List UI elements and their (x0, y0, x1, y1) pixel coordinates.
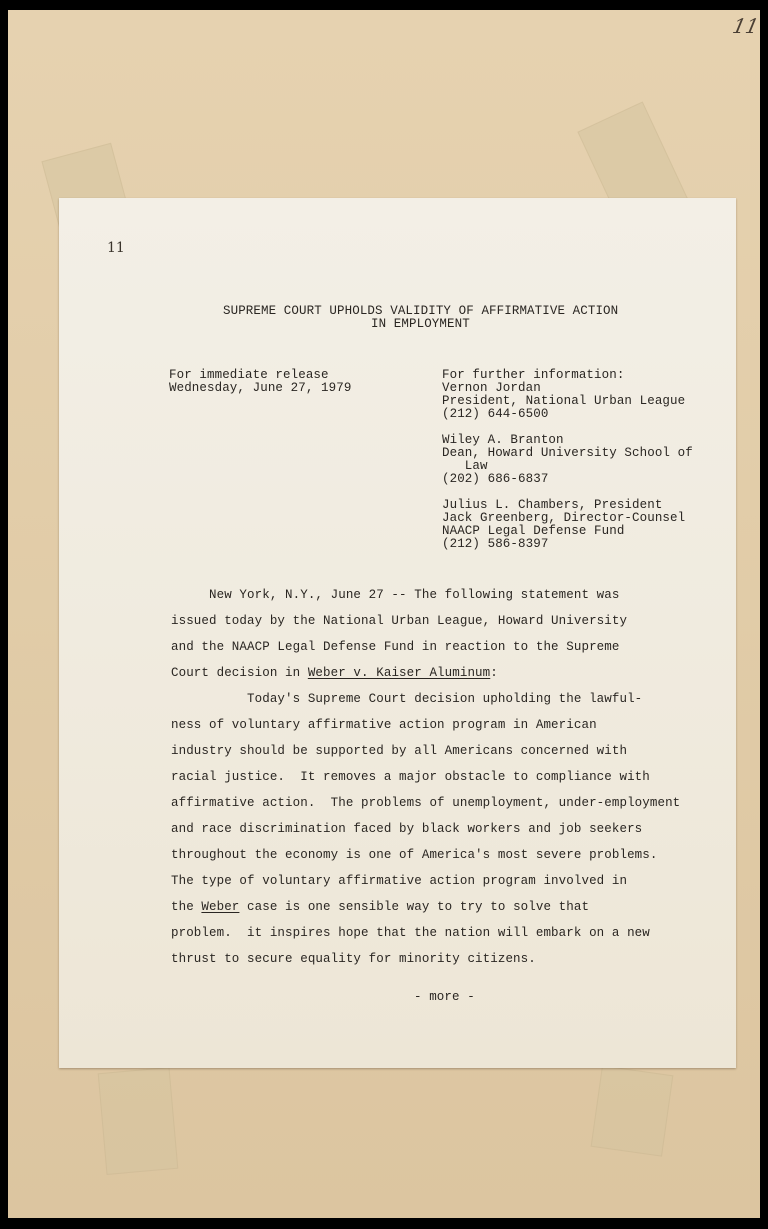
body-text-line: the Weber case is one sensible way to tr… (171, 894, 589, 920)
contact-phone: (202) 686-6837 (442, 473, 548, 486)
body-text-line: New York, N.Y., June 27 -- The following… (171, 582, 619, 608)
body-text-line: issued today by the National Urban Leagu… (171, 608, 627, 634)
body-text-fragment: : (490, 666, 498, 680)
body-text-line: Today's Supreme Court decision upholding… (171, 686, 642, 712)
body-text-line: The type of voluntary affirmative action… (171, 868, 627, 894)
tape-strip (98, 1067, 179, 1175)
body-text-line: throughout the economy is one of America… (171, 842, 657, 868)
case-name-underlined: Weber (201, 900, 239, 914)
contact-phone: (212) 644-6500 (442, 408, 548, 421)
body-text-fragment: Court decision in (171, 666, 308, 680)
release-date: Wednesday, June 27, 1979 (169, 382, 351, 395)
body-text-fragment: case is one sensible way to try to solve… (239, 900, 589, 914)
tape-strip (591, 1065, 674, 1156)
body-text-line: racial justice. It removes a major obsta… (171, 764, 650, 790)
page-corner-mark: 11 (107, 240, 125, 256)
body-text-fragment: the (171, 900, 201, 914)
continuation-marker: - more - (414, 991, 475, 1004)
folio-number: 11 (730, 14, 761, 38)
body-text-line: and the NAACP Legal Defense Fund in reac… (171, 634, 619, 660)
body-text-line: industry should be supported by all Amer… (171, 738, 627, 764)
document-title-line2: IN EMPLOYMENT (371, 318, 470, 331)
case-name-underlined: Weber v. Kaiser Aluminum (308, 666, 490, 680)
body-text-line: affirmative action. The problems of unem… (171, 790, 680, 816)
body-text-line: ness of voluntary affirmative action pro… (171, 712, 597, 738)
contact-phone: (212) 586-8397 (442, 538, 548, 551)
body-text-line: and race discrimination faced by black w… (171, 816, 642, 842)
body-text-line: problem. it inspires hope that the natio… (171, 920, 650, 946)
body-text-line: thrust to secure equality for minority c… (171, 946, 536, 972)
body-text-line: Court decision in Weber v. Kaiser Alumin… (171, 660, 498, 686)
